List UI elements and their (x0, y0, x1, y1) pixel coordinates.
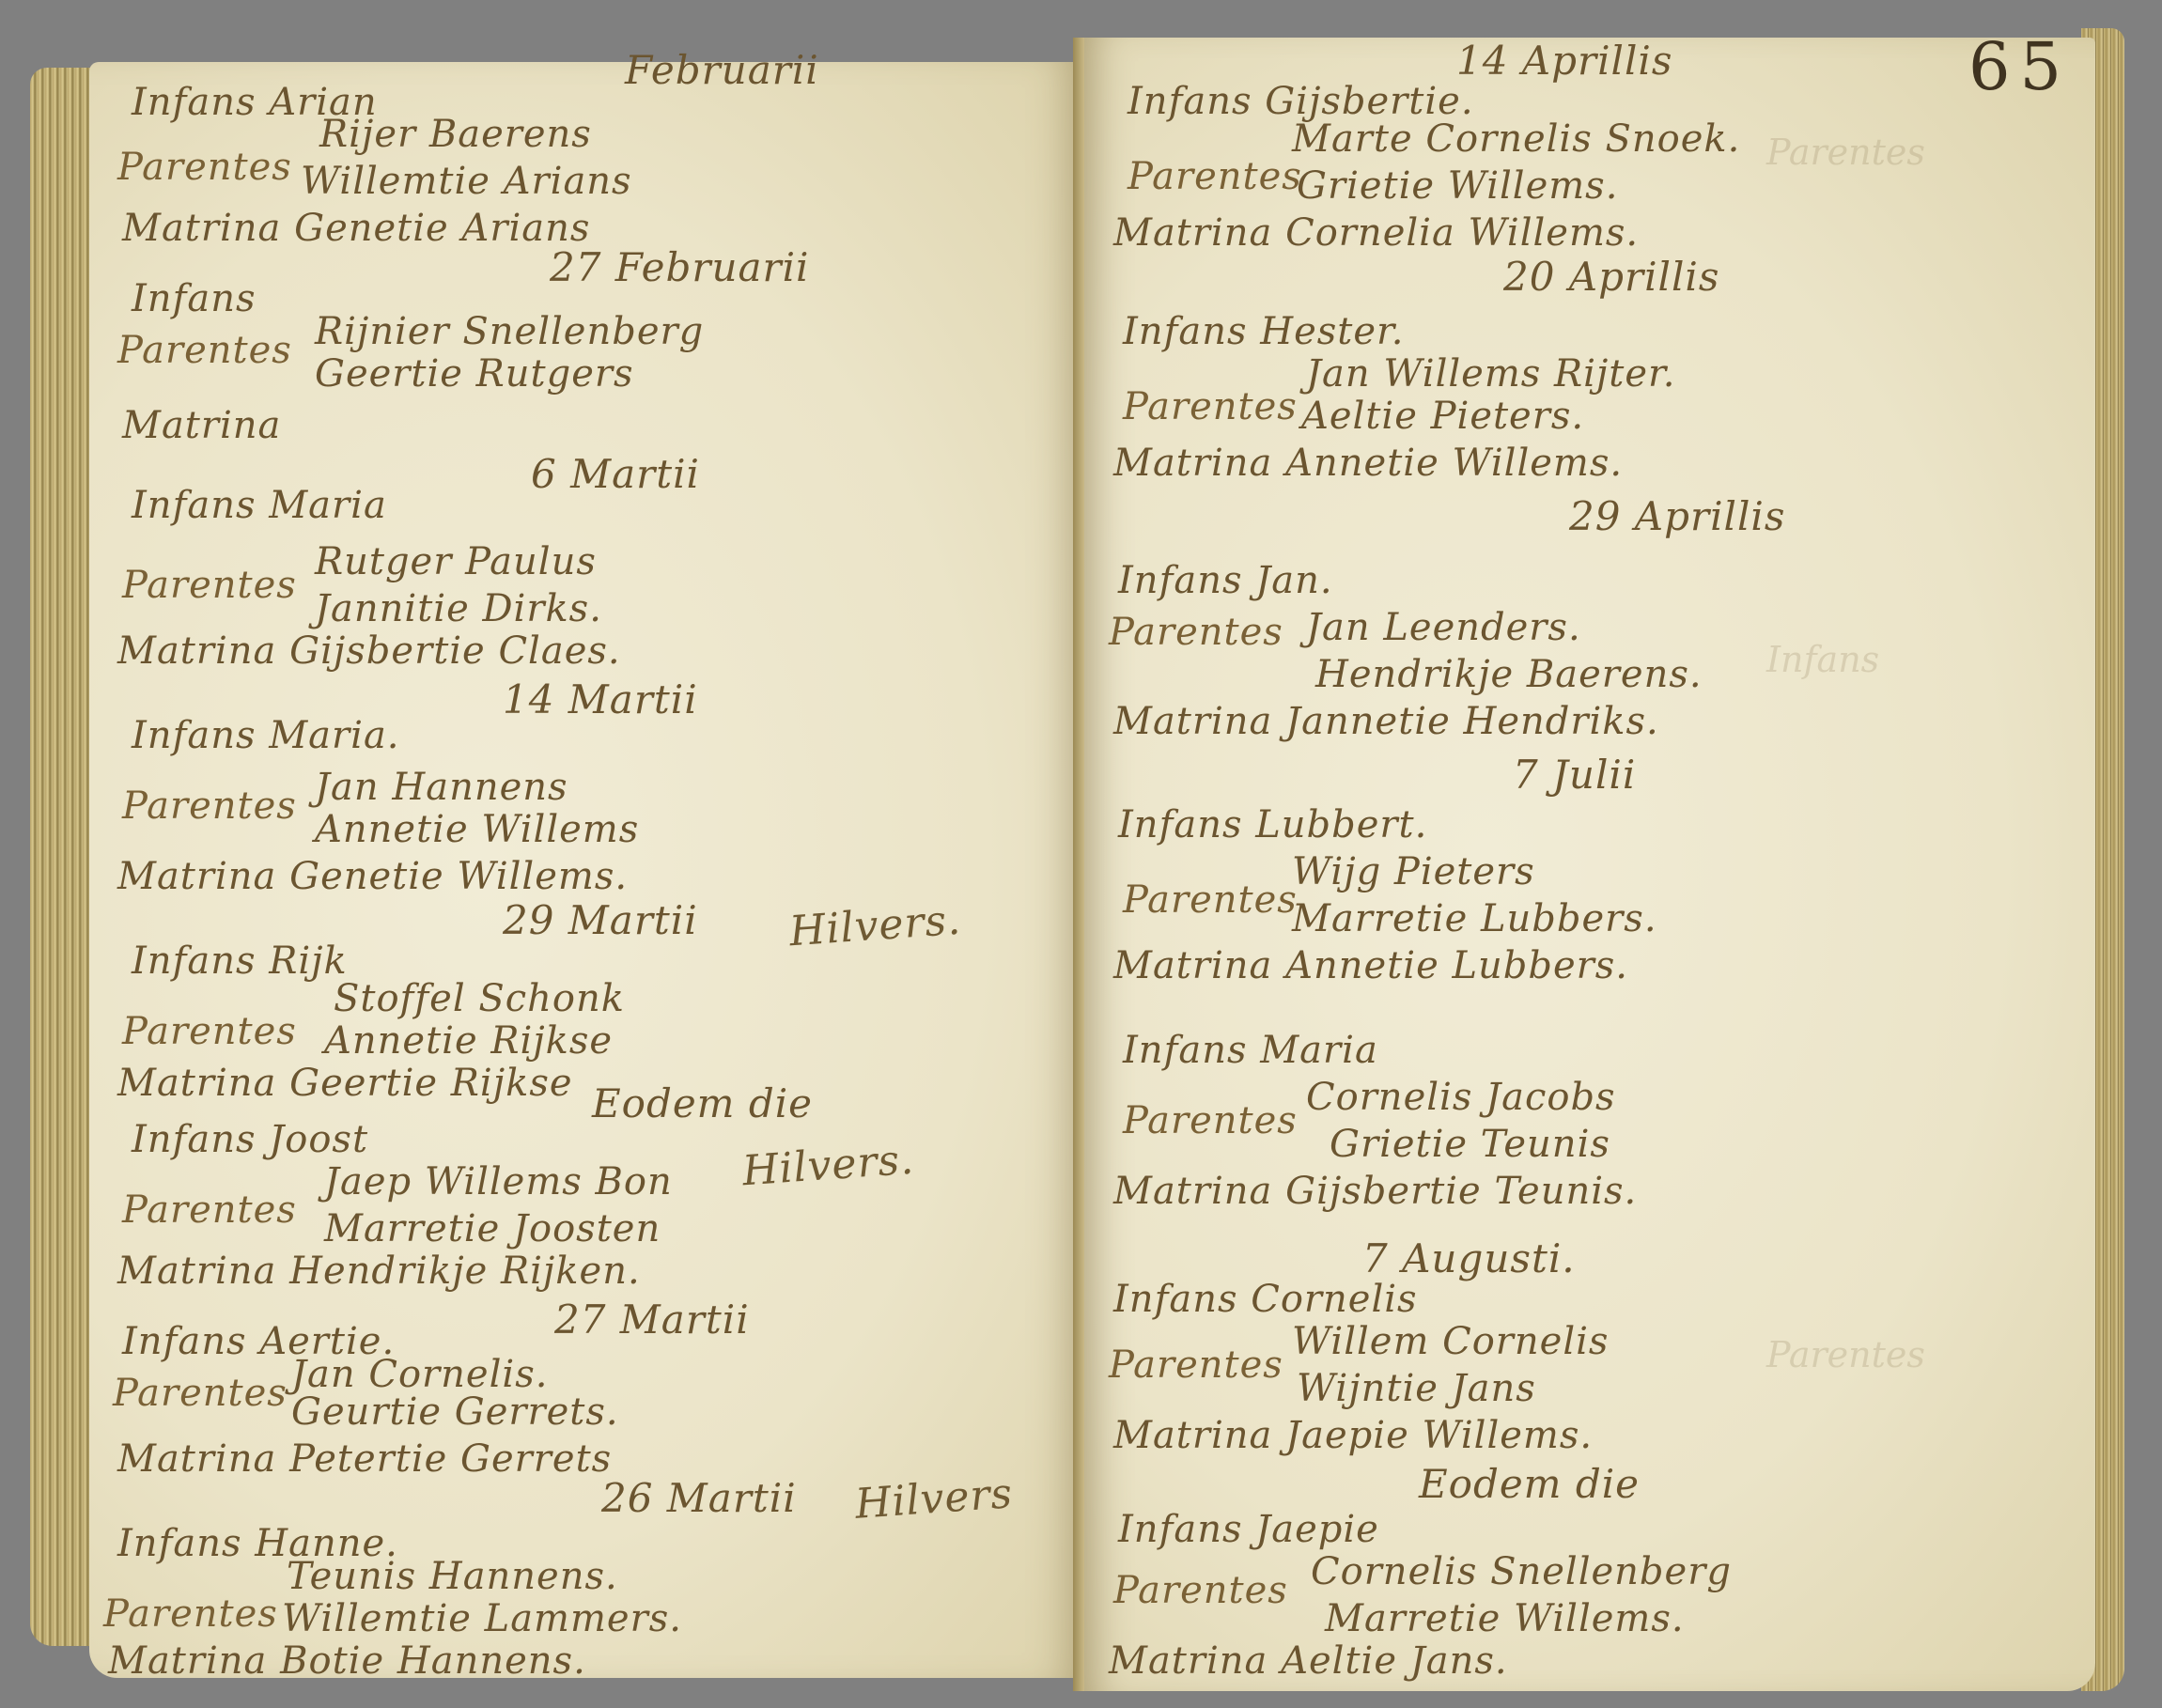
entry-date: 27 Februarii (550, 244, 810, 290)
matrina-line: Matrina Gijsbertie Teunis. (1113, 1170, 1637, 1213)
infans-line: Infans Maria. (132, 714, 400, 757)
parentes-label: Parentes (1123, 385, 1298, 428)
entry-date: 14 Aprillis (1456, 38, 1672, 84)
father-name: Wijg Pieters (1292, 850, 1535, 893)
father-name: Willem Cornelis (1292, 1320, 1609, 1363)
matrina-line: Matrina Genetie Willems. (117, 855, 628, 898)
parentes-label: Parentes (122, 564, 297, 607)
open-book: Parentes Infans Parentes 65 Februarii In… (0, 0, 2162, 1708)
entry-date: 27 Martii (554, 1297, 750, 1343)
matrina-line: Matrina Botie Hannens. (108, 1639, 586, 1683)
mother-name: Willemtie Arians (301, 160, 632, 203)
parentes-label: Parentes (103, 1592, 278, 1636)
matrina-line: Matrina Jannetie Hendriks. (1113, 700, 1659, 743)
infans-line: Infans Maria (132, 484, 387, 527)
father-name: Jaep Willems Bon (324, 1160, 673, 1203)
parentes-label: Parentes (1123, 1099, 1298, 1142)
mother-name: Grietie Willems. (1297, 164, 1618, 208)
parentes-label: Parentes (1113, 1569, 1288, 1612)
matrina-line: Matrina Annetie Willems. (1113, 442, 1623, 485)
mother-name: Hendrikje Baerens. (1315, 653, 1703, 696)
mother-name: Geurtie Gerrets. (291, 1390, 619, 1434)
entry-date: 29 Aprillis (1569, 493, 1785, 539)
infans-line: Infans Jaepie (1118, 1508, 1379, 1551)
entry-date: 20 Aprillis (1503, 254, 1719, 300)
parentes-label: Parentes (122, 1188, 297, 1232)
bleed-through-text: Parentes (1766, 1334, 1925, 1375)
infans-line: Infans Jan. (1118, 559, 1333, 602)
father-name: Cornelis Snellenberg (1311, 1550, 1732, 1593)
entry-date: Februarii (625, 47, 819, 93)
parentes-label: Parentes (113, 1372, 288, 1415)
matrina-line: Matrina Annetie Lubbers. (1113, 944, 1628, 987)
entry-date: 7 Augusti. (1362, 1235, 1576, 1281)
entry-date: Eodem die (592, 1080, 813, 1126)
mother-name: Annetie Willems (315, 808, 639, 851)
father-name: Jan Willems Rijter. (1306, 352, 1676, 396)
matrina-line: Matrina Jaepie Willems. (1113, 1414, 1593, 1457)
father-name: Cornelis Jacobs (1306, 1076, 1616, 1119)
infans-line: Infans Lubbert. (1118, 803, 1427, 846)
infans-line: Infans (132, 277, 257, 320)
matrina-line: Matrina (122, 404, 281, 447)
mother-name: Marretie Joosten (324, 1207, 661, 1250)
father-name: Stoffel Schonk (334, 977, 625, 1020)
father-name: Rijer Baerens (319, 113, 592, 156)
bleed-through-text: Infans (1766, 639, 1879, 680)
entry-date: 26 Martii (601, 1475, 797, 1521)
mother-name: Geertie Rutgers (315, 352, 634, 396)
book-gutter (1073, 38, 1084, 1691)
bleed-through-text: Parentes (1766, 132, 1925, 173)
entry-date: 29 Martii (503, 897, 698, 943)
mother-name: Grietie Teunis (1330, 1123, 1610, 1166)
mother-name: Jannitie Dirks. (315, 587, 602, 630)
parentes-label: Parentes (1109, 611, 1283, 654)
parentes-label: Parentes (117, 329, 292, 372)
matrina-line: Matrina Gijsbertie Claes. (117, 629, 621, 673)
mother-name: Annetie Rijkse (324, 1019, 613, 1063)
father-name: Jan Hannens (315, 766, 568, 809)
parentes-label: Parentes (122, 1010, 297, 1053)
parentes-label: Parentes (1128, 155, 1302, 198)
matrina-line: Matrina Cornelia Willems. (1113, 211, 1639, 255)
entry-date: 14 Martii (503, 676, 698, 722)
father-name: Teunis Hannens. (287, 1555, 618, 1598)
parentes-label: Parentes (117, 146, 292, 189)
father-name: Jan Leenders. (1306, 606, 1581, 649)
page-number: 65 (1968, 28, 2071, 105)
parentes-label: Parentes (1123, 878, 1298, 922)
infans-line: Infans Joost (132, 1118, 368, 1161)
matrina-line: Matrina Aeltie Jans. (1109, 1639, 1508, 1683)
matrina-line: Matrina Geertie Rijkse (117, 1062, 573, 1105)
parentes-label: Parentes (1109, 1343, 1283, 1387)
father-name: Rutger Paulus (315, 540, 597, 583)
parentes-label: Parentes (122, 784, 297, 828)
mother-name: Marretie Lubbers. (1292, 897, 1657, 940)
matrina-line: Matrina Genetie Arians (122, 207, 590, 250)
entry-date: Eodem die (1419, 1461, 1640, 1507)
infans-line: Infans Rijk (132, 939, 348, 983)
entry-date: 7 Julii (1513, 752, 1636, 798)
mother-name: Aeltie Pieters. (1301, 395, 1584, 438)
matrina-line: Matrina Hendrikje Rijken. (117, 1250, 641, 1293)
mother-name: Marretie Willems. (1325, 1597, 1685, 1640)
entry-date: 6 Martii (531, 451, 700, 497)
infans-line: Infans Maria (1123, 1029, 1378, 1072)
father-name: Rijnier Snellenberg (315, 310, 704, 353)
infans-line: Infans Cornelis (1113, 1278, 1418, 1321)
mother-name: Wijntie Jans (1297, 1367, 1536, 1410)
infans-line: Infans Hester. (1123, 310, 1405, 353)
page-edges-left (30, 68, 96, 1646)
matrina-line: Matrina Petertie Gerrets (117, 1437, 612, 1481)
mother-name: Willemtie Lammers. (282, 1597, 682, 1640)
father-name: Marte Cornelis Snoek. (1292, 117, 1740, 161)
